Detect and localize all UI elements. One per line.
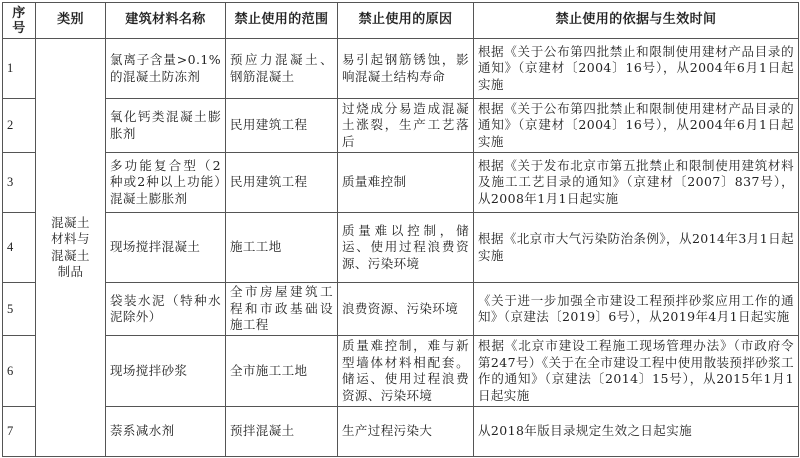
table-header-row: 序号 类别 建筑材料名称 禁止使用的范围 禁止使用的原因 禁止使用的依据与生效时… bbox=[3, 3, 799, 39]
category-cell: 混凝土材料与混凝土制品 bbox=[36, 39, 106, 457]
material-name: 多功能复合型（2种或2种以上功能）混凝土膨胀剂 bbox=[106, 153, 226, 213]
row-number: 3 bbox=[3, 153, 36, 213]
banned-scope: 全市房屋建筑工程和市政基础设施工程 bbox=[226, 283, 338, 336]
basis-effective-date: 根据《关于公布第四批禁止和限制使用建材产品目录的通知》（京建材〔2004〕16号… bbox=[474, 99, 799, 153]
banned-materials-table: 序号 类别 建筑材料名称 禁止使用的范围 禁止使用的原因 禁止使用的依据与生效时… bbox=[2, 2, 799, 457]
material-name: 现场搅拌砂浆 bbox=[106, 336, 226, 407]
header-banned-scope: 禁止使用的范围 bbox=[226, 3, 338, 39]
banned-scope: 预应力混凝土、钢筋混凝土 bbox=[226, 39, 338, 99]
table-row: 2 氧化钙类混凝土膨胀剂 民用建筑工程 过烧成分易造成混凝土涨裂，生产工艺落后 … bbox=[3, 99, 799, 153]
banned-reason: 质量难以控制，储运、使用过程浪费资源、污染环境 bbox=[338, 213, 474, 283]
table-row: 7 萘系减水剂 预拌混凝土 生产过程污染大 从2018年版目录规定生效之日起实施 bbox=[3, 407, 799, 457]
banned-scope: 预拌混凝土 bbox=[226, 407, 338, 457]
banned-reason: 生产过程污染大 bbox=[338, 407, 474, 457]
material-name: 萘系减水剂 bbox=[106, 407, 226, 457]
table-row: 6 现场搅拌砂浆 全市施工工地 质量难控制，难与新型墙体材料相配套。储运、使用过… bbox=[3, 336, 799, 407]
material-name: 袋装水泥（特种水泥除外） bbox=[106, 283, 226, 336]
header-basis-effective-date: 禁止使用的依据与生效时间 bbox=[474, 3, 799, 39]
banned-reason: 过烧成分易造成混凝土涨裂，生产工艺落后 bbox=[338, 99, 474, 153]
basis-effective-date: 从2018年版目录规定生效之日起实施 bbox=[474, 407, 799, 457]
material-name: 氯离子含量>0.1%的混凝土防冻剂 bbox=[106, 39, 226, 99]
banned-scope: 施工工地 bbox=[226, 213, 338, 283]
basis-effective-date: 根据《北京市建设工程施工现场管理办法》（市政府令第247号）《关于在全市建设工程… bbox=[474, 336, 799, 407]
basis-effective-date: 根据《关于公布第四批禁止和限制使用建材产品目录的通知》（京建材〔2004〕16号… bbox=[474, 39, 799, 99]
banned-scope: 全市施工工地 bbox=[226, 336, 338, 407]
header-category: 类别 bbox=[36, 3, 106, 39]
row-number: 1 bbox=[3, 39, 36, 99]
basis-effective-date: 根据《北京市大气污染防治条例》，从2014年3月1日起实施 bbox=[474, 213, 799, 283]
material-name: 氧化钙类混凝土膨胀剂 bbox=[106, 99, 226, 153]
basis-effective-date: 《关于进一步加强全市建设工程预拌砂浆应用工作的通知》（京建法〔2019〕6号），… bbox=[474, 283, 799, 336]
row-number: 5 bbox=[3, 283, 36, 336]
header-banned-reason: 禁止使用的原因 bbox=[338, 3, 474, 39]
banned-scope: 民用建筑工程 bbox=[226, 153, 338, 213]
row-number: 7 bbox=[3, 407, 36, 457]
row-number: 6 bbox=[3, 336, 36, 407]
banned-reason: 质量难控制 bbox=[338, 153, 474, 213]
banned-reason: 浪费资源、污染环境 bbox=[338, 283, 474, 336]
material-name: 现场搅拌混凝土 bbox=[106, 213, 226, 283]
basis-effective-date: 根据《关于发布北京市第五批禁止和限制使用建筑材料及施工工艺目录的通知》（京建材〔… bbox=[474, 153, 799, 213]
row-number: 4 bbox=[3, 213, 36, 283]
table-row: 4 现场搅拌混凝土 施工工地 质量难以控制，储运、使用过程浪费资源、污染环境 根… bbox=[3, 213, 799, 283]
banned-scope: 民用建筑工程 bbox=[226, 99, 338, 153]
header-material-name: 建筑材料名称 bbox=[106, 3, 226, 39]
banned-reason: 易引起钢筋锈蚀，影响混凝土结构寿命 bbox=[338, 39, 474, 99]
banned-reason: 质量难控制，难与新型墙体材料相配套。储运、使用过程浪费资源、污染环境 bbox=[338, 336, 474, 407]
table-row: 5 袋装水泥（特种水泥除外） 全市房屋建筑工程和市政基础设施工程 浪费资源、污染… bbox=[3, 283, 799, 336]
row-number: 2 bbox=[3, 99, 36, 153]
table-row: 3 多功能复合型（2种或2种以上功能）混凝土膨胀剂 民用建筑工程 质量难控制 根… bbox=[3, 153, 799, 213]
header-serial-no: 序号 bbox=[3, 3, 36, 39]
table-row: 1 混凝土材料与混凝土制品 氯离子含量>0.1%的混凝土防冻剂 预应力混凝土、钢… bbox=[3, 39, 799, 99]
